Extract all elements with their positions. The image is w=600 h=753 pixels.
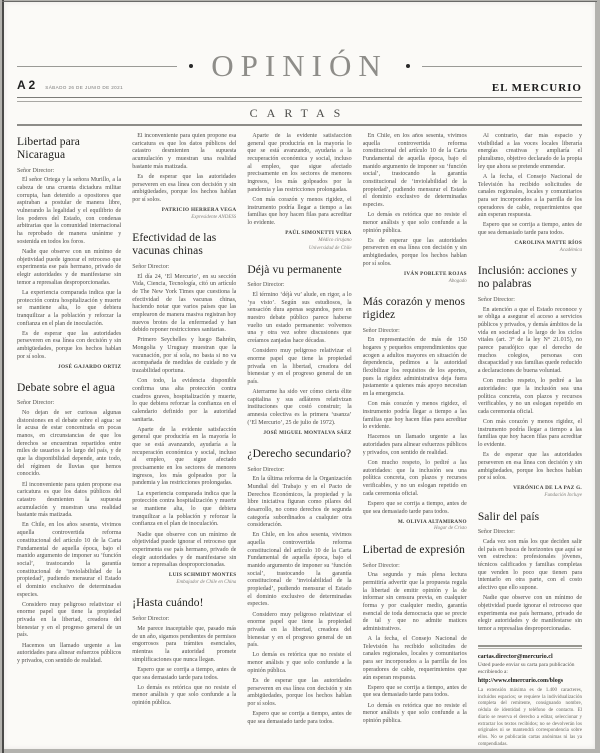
subsection-rule bbox=[17, 124, 582, 126]
letter-paragraph: En Chile, en los años sesenta, vivimos a… bbox=[363, 133, 467, 210]
letter-paragraph: Nadie que observe con un mínimo de objet… bbox=[17, 249, 121, 287]
letter-paragraph: Es de esperar que las autoridades persev… bbox=[247, 678, 351, 709]
letter-paragraph: Es de esperar que las autoridades persev… bbox=[478, 452, 582, 483]
column-1: Libertad para NicaraguaSeñor Director:El… bbox=[17, 133, 121, 753]
letter-paragraph: Hacemos un llamado urgente a las autorid… bbox=[17, 643, 121, 666]
letter-salutation: Señor Director: bbox=[478, 529, 582, 537]
letter-salutation: Señor Director: bbox=[132, 264, 236, 272]
letter-salutation: Señor Director: bbox=[132, 616, 236, 624]
letter-signature-role: Abogado bbox=[363, 279, 467, 285]
letter-paragraph: El inconveniente para quien propone esa … bbox=[17, 482, 121, 520]
letter-salutation: Señor Director: bbox=[247, 467, 351, 475]
letter-paragraph: Espero que se corrija a tiempo, antes de… bbox=[247, 711, 351, 726]
letter-paragraph: Aparte de la evidente satisfacción gener… bbox=[247, 133, 351, 194]
letter-paragraph: Cada vez son más los que deciden salir d… bbox=[478, 539, 582, 593]
page-number-group: A 2 SÁBADO 26 DE JUNIO DE 2021 bbox=[17, 76, 123, 94]
letter-signature: JOSÉ GAJARDO ORTIZ bbox=[17, 364, 121, 371]
letter-paragraph: El señor Ortega y la señora Murillo, a l… bbox=[17, 177, 121, 246]
header-double-rule bbox=[17, 97, 582, 102]
section-title: OPINIÓN bbox=[211, 48, 387, 84]
letter-paragraph: Aterrarme ha sido ver cómo cierta élite … bbox=[247, 389, 351, 427]
letter-paragraph: Lo demás es retórica que no resiste el m… bbox=[132, 685, 236, 708]
letter-paragraph: Espero que se corrija a tiempo, antes de… bbox=[478, 222, 582, 237]
letter-headline: Libertad para Nicaragua bbox=[17, 136, 121, 162]
letter-paragraph: Con mucho respeto, lo pediré a las autor… bbox=[363, 460, 467, 498]
letter-paragraph: A la fecha, el Consejo Nacional de Telev… bbox=[478, 174, 582, 220]
letter-paragraph: No dejan de ser curiosas algunas distors… bbox=[17, 410, 121, 479]
letter-headline: ¿Derecho secundario? bbox=[247, 448, 351, 461]
letter-paragraph: Considero muy peligroso relativizar el e… bbox=[247, 348, 351, 386]
letter-paragraph: Nadie que observe con un mínimo de objet… bbox=[132, 532, 236, 570]
letter-salutation: Señor Director: bbox=[17, 400, 121, 408]
letter-headline: Salir del país bbox=[478, 511, 582, 524]
letters-submission-box-inner: cartas.director@mercurio.cl Usted puede … bbox=[478, 648, 582, 749]
subsection-title: CARTAS bbox=[17, 106, 582, 121]
letter-paragraph: En la última reforma de la Organización … bbox=[247, 476, 351, 530]
letter-salutation: Señor Director: bbox=[363, 563, 467, 571]
letter-signature-role: Fundación Incluye bbox=[478, 493, 582, 499]
letter-salutation: Señor Director: bbox=[478, 297, 582, 305]
letter-paragraph: Con mucho respeto, lo pediré a las autor… bbox=[478, 378, 582, 416]
letter-paragraph: Me parece inaceptable que, pasado más de… bbox=[132, 626, 236, 664]
page-number: A 2 bbox=[17, 78, 35, 92]
letter-signature: M. OLIVIA ALTAMIRANO bbox=[363, 519, 467, 526]
letter-paragraph: Es de esperar que las autoridades persev… bbox=[363, 238, 467, 269]
letter-paragraph: Aparte de la evidente satisfacción gener… bbox=[132, 427, 236, 488]
letter-paragraph: Lo demás es retórica que no resiste el m… bbox=[363, 212, 467, 235]
newspaper-page: OPINIÓN A 2 SÁBADO 26 DE JUNIO DE 2021 E… bbox=[4, 2, 595, 749]
letter-paragraph: Considero muy peligroso relativizar el e… bbox=[247, 612, 351, 650]
letter-paragraph: Nadie que observe con un mínimo de objet… bbox=[478, 595, 582, 633]
masthead: EL MERCURIO bbox=[492, 82, 582, 94]
letters-grid: Libertad para NicaraguaSeñor Director:El… bbox=[17, 133, 582, 753]
submission-note: La extensión máxima es de 1.400 caracter… bbox=[478, 688, 582, 749]
column-5: Al contrario, dar más espacio y visibili… bbox=[478, 133, 582, 753]
letter-salutation: Señor Director: bbox=[17, 168, 121, 176]
letter-signature-role: Médico cirujano bbox=[247, 238, 351, 244]
letter-signature: LUIS SCHMIDT MONTES bbox=[132, 572, 236, 579]
letters-submission-box: cartas.director@mercurio.cl Usted puede … bbox=[478, 645, 582, 749]
letter-headline: Inclusión: acciones y no palabras bbox=[478, 265, 582, 291]
letter-paragraph: Espero que se corrija a tiempo, antes de… bbox=[363, 685, 467, 700]
letter-paragraph: Con todo, la evidencia disponible confir… bbox=[132, 378, 236, 424]
header-rule-left bbox=[17, 66, 177, 67]
letter-paragraph: La experiencia comparada indica que la p… bbox=[17, 290, 121, 328]
letter-paragraph: En Chile, en los años sesenta, vivimos a… bbox=[17, 522, 121, 599]
letter-paragraph: En atención a que el Estado reconoce y s… bbox=[478, 307, 582, 376]
letter-paragraph: El término ‘déjà vu’ alude, en rigor, a … bbox=[247, 292, 351, 346]
letter-paragraph: Espero que se corrija a tiempo, antes de… bbox=[132, 667, 236, 682]
letter-signature-role: Expresidente ANDESS bbox=[132, 215, 236, 221]
letter-paragraph: Con más corazón y menos rigidez, el inst… bbox=[478, 419, 582, 450]
letter-signature: IVÁN POBLETE ROJAS bbox=[363, 271, 467, 278]
letter-paragraph: A la fecha, el Consejo Nacional de Telev… bbox=[363, 636, 467, 682]
letter-paragraph: Espero que se corrija a tiempo, antes de… bbox=[363, 501, 467, 516]
letter-paragraph: La experiencia comparada indica que la p… bbox=[132, 491, 236, 529]
letter-paragraph: El inconveniente para quien propone esa … bbox=[132, 133, 236, 171]
letter-headline: Debate sobre el agua bbox=[17, 382, 121, 395]
letter-signature-role: Universidad de Chile bbox=[247, 246, 351, 252]
letter-signature-role: Académica bbox=[478, 248, 582, 254]
letter-signature: PAÚL SIMONETTI VERA bbox=[247, 230, 351, 237]
letter-paragraph: En representación de más de 150 hogares … bbox=[363, 337, 467, 398]
letter-paragraph: En Chile, en los años sesenta, vivimos a… bbox=[247, 532, 351, 609]
letter-paragraph: Primero Seychelles y luego Bahréin, Mong… bbox=[132, 337, 236, 375]
letter-signature-role: Hogar de Cristo bbox=[363, 526, 467, 532]
letter-paragraph: El día 24, ‘El Mercurio’, en su sección … bbox=[132, 274, 236, 335]
letter-paragraph: Al contrario, dar más espacio y visibili… bbox=[478, 133, 582, 171]
letter-signature: PATRICIO HERRERA VEGA bbox=[132, 207, 236, 214]
letter-headline: Libertad de expresión bbox=[363, 544, 467, 557]
header-rule-right bbox=[422, 66, 582, 67]
letter-salutation: Señor Director: bbox=[363, 328, 467, 336]
letter-paragraph: Con más corazón y menos rigidez, el inst… bbox=[247, 197, 351, 228]
letter-signature: CAROLINA MATTE RÍOS bbox=[478, 240, 582, 247]
header-dot-right bbox=[406, 64, 410, 68]
letter-paragraph: Considero muy peligroso relativizar el e… bbox=[17, 602, 121, 640]
header-dot-left bbox=[189, 64, 193, 68]
submission-email: cartas.director@mercurio.cl bbox=[478, 653, 582, 661]
letter-signature-role: Embajador de Chile en China bbox=[132, 580, 236, 586]
letter-paragraph: Una segunda y más plena lectura permitir… bbox=[363, 572, 467, 633]
letter-signature: VERÓNICA DE LA PAZ G. bbox=[478, 485, 582, 492]
letter-paragraph: Lo demás es retórica que no resiste el m… bbox=[247, 652, 351, 675]
letter-headline: Déjà vu permanente bbox=[247, 264, 351, 277]
letter-headline: Más corazón y menos rigidez bbox=[363, 296, 467, 322]
letter-headline: Efectividad de las vacunas chinas bbox=[132, 232, 236, 258]
column-2: El inconveniente para quien propone esa … bbox=[132, 133, 236, 753]
letter-paragraph: Con más corazón y menos rigidez, el inst… bbox=[363, 401, 467, 432]
letter-paragraph: Hacemos un llamado urgente a las autorid… bbox=[363, 434, 467, 457]
letter-paragraph: Es de esperar que las autoridades persev… bbox=[17, 331, 121, 362]
submission-intro: Usted puede enviar su carta para publica… bbox=[478, 662, 582, 676]
column-4: En Chile, en los años sesenta, vivimos a… bbox=[363, 133, 467, 753]
letter-paragraph: Lo demás es retórica que no resiste el m… bbox=[363, 703, 467, 726]
column-3: Aparte de la evidente satisfacción gener… bbox=[247, 133, 351, 753]
letter-signature: JOSÉ MIGUEL MONTALVA SÁEZ bbox=[247, 430, 351, 437]
column-5-letters: Al contrario, dar más espacio y visibili… bbox=[478, 133, 582, 641]
letter-headline: ¡Hasta cuándo! bbox=[132, 597, 236, 610]
letter-salutation: Señor Director: bbox=[247, 282, 351, 290]
edition-date: SÁBADO 26 DE JUNIO DE 2021 bbox=[45, 85, 123, 90]
submission-url: http://www.elmercurio.com/blogs bbox=[478, 678, 582, 686]
letter-paragraph: Es de esperar que las autoridades persev… bbox=[132, 174, 236, 205]
